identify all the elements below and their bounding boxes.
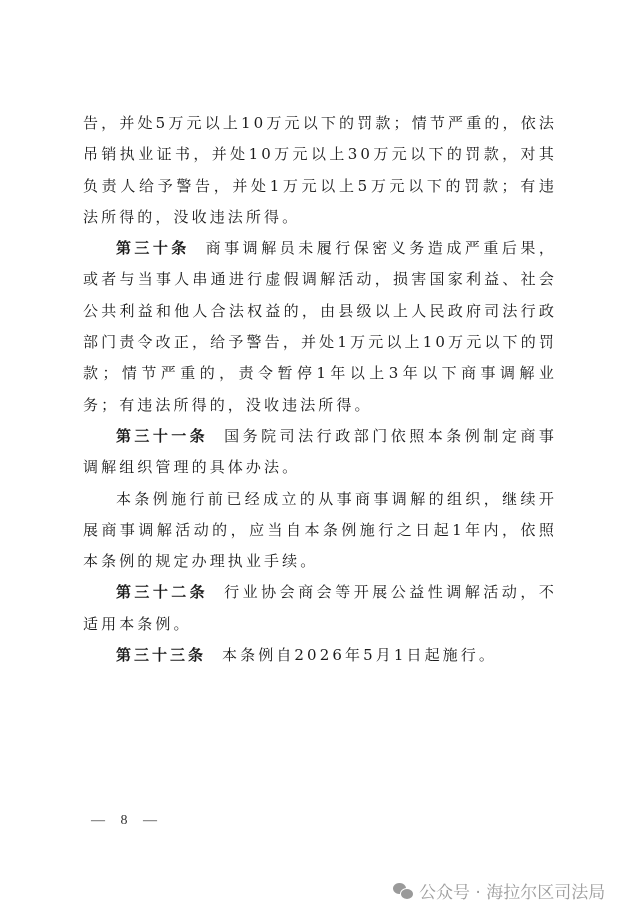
article-31-paragraph-2: 本条例施行前已经成立的从事商事调解的组织，继续开展商事调解活动的，应当自本条例施… — [83, 484, 557, 578]
article-32: 第三十二条行业协会商会等开展公益性调解活动，不适用本条例。 — [83, 577, 557, 640]
paragraph-text: 告，并处5万元以上10万元以下的罚款；情节严重的，依法吊销执业证书，并处10万元… — [83, 114, 557, 226]
paragraph-text: 本条例施行前已经成立的从事商事调解的组织，继续开展商事调解活动的，应当自本条例施… — [83, 490, 557, 571]
article-30: 第三十条商事调解员未履行保密义务造成严重后果，或者与当事人串通进行虚假调解活动，… — [83, 233, 557, 421]
article-31: 第三十一条国务院司法行政部门依照本条例制定商事调解组织管理的具体办法。 — [83, 421, 557, 484]
paragraph-continuation: 告，并处5万元以上10万元以下的罚款；情节严重的，依法吊销执业证书，并处10万元… — [83, 108, 557, 233]
paragraph-text: 本条例自2026年5月1日起施行。 — [222, 646, 497, 664]
document-page: 告，并处5万元以上10万元以下的罚款；情节严重的，依法吊销执业证书，并处10万元… — [0, 0, 637, 913]
article-33: 第三十三条本条例自2026年5月1日起施行。 — [83, 640, 557, 671]
watermark: 公众号 · 海拉尔区司法局 — [393, 878, 605, 903]
wechat-icon — [393, 882, 413, 900]
paragraph-text: 商事调解员未履行保密义务造成严重后果，或者与当事人串通进行虚假调解活动，损害国家… — [83, 239, 557, 413]
watermark-text: 公众号 · 海拉尔区司法局 — [419, 878, 605, 903]
page-number: — 8 — — [91, 813, 163, 829]
article-number: 第三十条 — [116, 239, 190, 257]
document-body: 告，并处5万元以上10万元以下的罚款；情节严重的，依法吊销执业证书，并处10万元… — [83, 108, 557, 671]
article-number: 第三十二条 — [116, 583, 208, 601]
article-number: 第三十三条 — [116, 646, 206, 664]
article-number: 第三十一条 — [116, 427, 208, 445]
